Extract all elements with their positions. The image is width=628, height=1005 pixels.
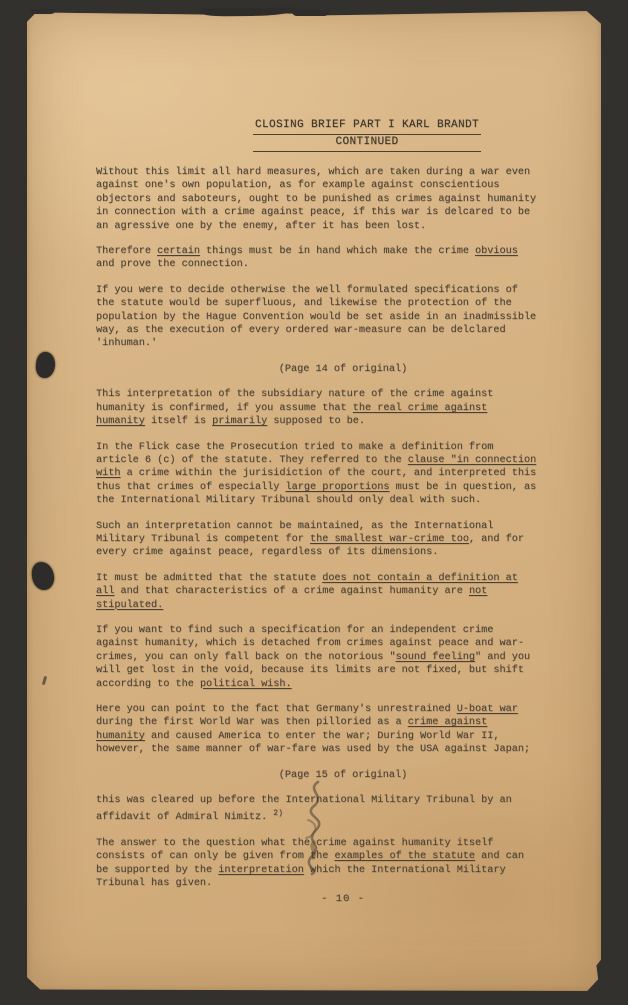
document-header: CLOSING BRIEF PART I KARL BRANDT CONTINU… xyxy=(253,118,481,152)
scanned-document-page: { "colors": { "background": "#32312e", "… xyxy=(0,0,628,1005)
page-number: - 10 - xyxy=(96,893,542,905)
paragraph: If you were to decide otherwise the well… xyxy=(96,284,542,351)
paragraph: Without this limit all hard measures, wh… xyxy=(96,166,542,233)
paragraph: It must be admitted that the statute doe… xyxy=(96,572,542,612)
header-title-line: CLOSING BRIEF PART I KARL BRANDT xyxy=(253,118,481,135)
paragraph: If you want to find such a specification… xyxy=(96,624,542,691)
header-continued-line: CONTINUED xyxy=(253,135,481,152)
paragraph: This interpretation of the subsidiary na… xyxy=(96,388,542,428)
torn-edge-mark xyxy=(292,10,330,16)
torn-edge-mark xyxy=(30,9,56,14)
page-reference-caption: (Page 14 of original) xyxy=(96,363,542,376)
paragraph: Such an interpretation cannot be maintai… xyxy=(96,520,542,560)
paragraph: In the Flick case the Prosecution tried … xyxy=(96,441,542,508)
ink-smudge xyxy=(288,780,342,876)
paragraph: Here you can point to the fact that Germ… xyxy=(96,703,542,757)
paragraph: Therefore certain things must be in hand… xyxy=(96,245,542,272)
